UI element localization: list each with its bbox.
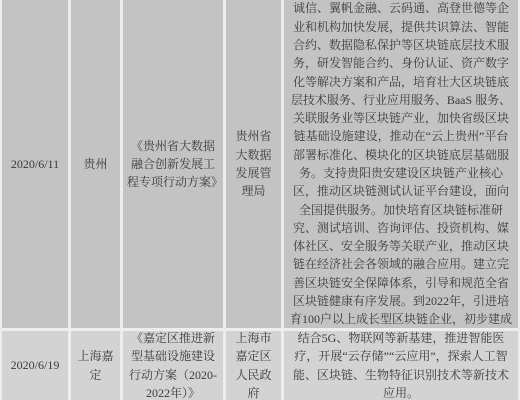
cell-region: 贵州 — [71, 0, 120, 328]
cell-agency: 贵州省大数据发展管理局 — [226, 0, 281, 328]
document-page: 2020/6/11 贵州 《贵州省大数据融合创新发展工程专项行动方案》 贵州省大… — [0, 0, 520, 400]
cell-content: 结合5G、物联网等新基建，推进智能医疗，开展“云存储”“云应用”，探索人工智能、… — [284, 331, 518, 400]
cell-content: 支持贵阳信息技术研究院、爱立示、远东诚信、翼帆金融、云码通、高登世德等企业和机构… — [284, 0, 518, 328]
cell-title: 《嘉定区推进新型基础设施建设行动方案（2020-2022年）》 — [123, 331, 223, 400]
cell-title: 《贵州省大数据融合创新发展工程专项行动方案》 — [123, 0, 223, 328]
policy-table: 2020/6/11 贵州 《贵州省大数据融合创新发展工程专项行动方案》 贵州省大… — [2, 0, 518, 400]
cell-date: 2020/6/11 — [2, 0, 68, 328]
cell-region: 上海嘉定 — [71, 331, 120, 400]
cell-agency: 上海市嘉定区人民政府 — [226, 331, 281, 400]
cell-date: 2020/6/19 — [2, 331, 68, 400]
